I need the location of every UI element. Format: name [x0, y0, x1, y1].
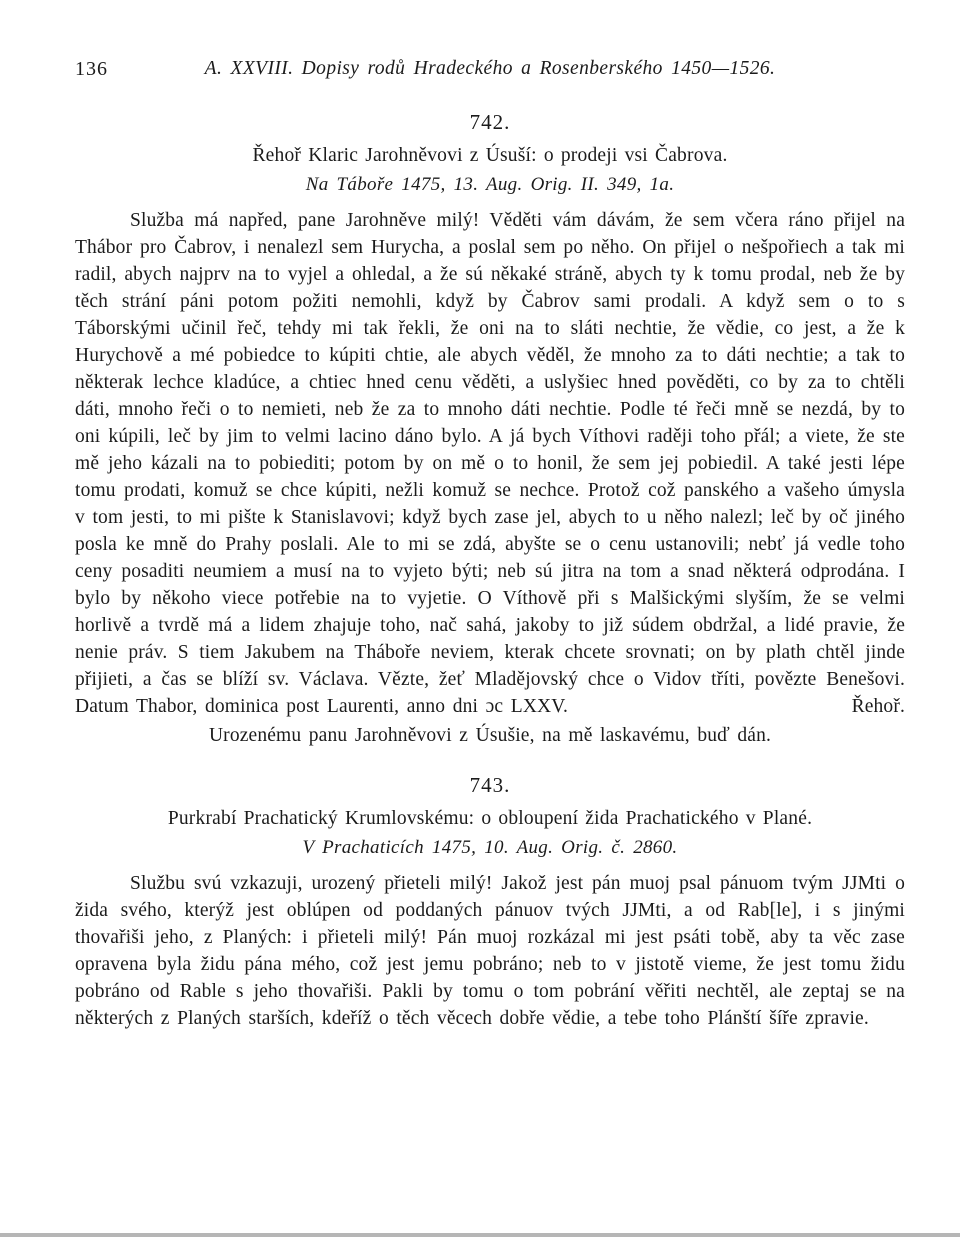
letter-743: 743. Purkrabí Prachatický Krumlovskému: … [75, 773, 905, 1032]
letter-number: 743. [75, 773, 905, 798]
page-content: 136 A. XXVIII. Dopisy rodů Hradeckého a … [0, 0, 960, 1032]
letter-address: Urozenému panu Jarohněvovi z Úsušie, na … [75, 725, 905, 747]
letter-body-text: Služba má napřed, pane Jarohněve milý! V… [75, 210, 905, 717]
scanned-book-page: 136 A. XXVIII. Dopisy rodů Hradeckého a … [0, 0, 960, 1239]
letter-signature: Řehoř. [822, 693, 905, 720]
letter-subject: Purkrabí Prachatický Krumlovskému: o obl… [75, 808, 905, 830]
letter-body: Službu svú vzkazuji, urozený přieteli mi… [75, 870, 905, 1032]
page-number: 136 [75, 58, 108, 81]
letter-subject: Řehoř Klaric Jarohněvovi z Úsuší: o prod… [75, 145, 905, 167]
scan-edge-artifact-bar [0, 1233, 960, 1237]
letter-dateline: Na Táboře 1475, 13. Aug. Orig. II. 349, … [75, 174, 905, 196]
running-title: A. XXVIII. Dopisy rodů Hradeckého a Rose… [75, 58, 905, 80]
letter-dateline: V Prachaticích 1475, 10. Aug. Orig. č. 2… [75, 837, 905, 859]
letter-body: Služba má napřed, pane Jarohněve milý! V… [75, 207, 905, 720]
running-head: 136 A. XXVIII. Dopisy rodů Hradeckého a … [75, 58, 905, 84]
letter-number: 742. [75, 110, 905, 135]
letter-742: 742. Řehoř Klaric Jarohněvovi z Úsuší: o… [75, 110, 905, 747]
